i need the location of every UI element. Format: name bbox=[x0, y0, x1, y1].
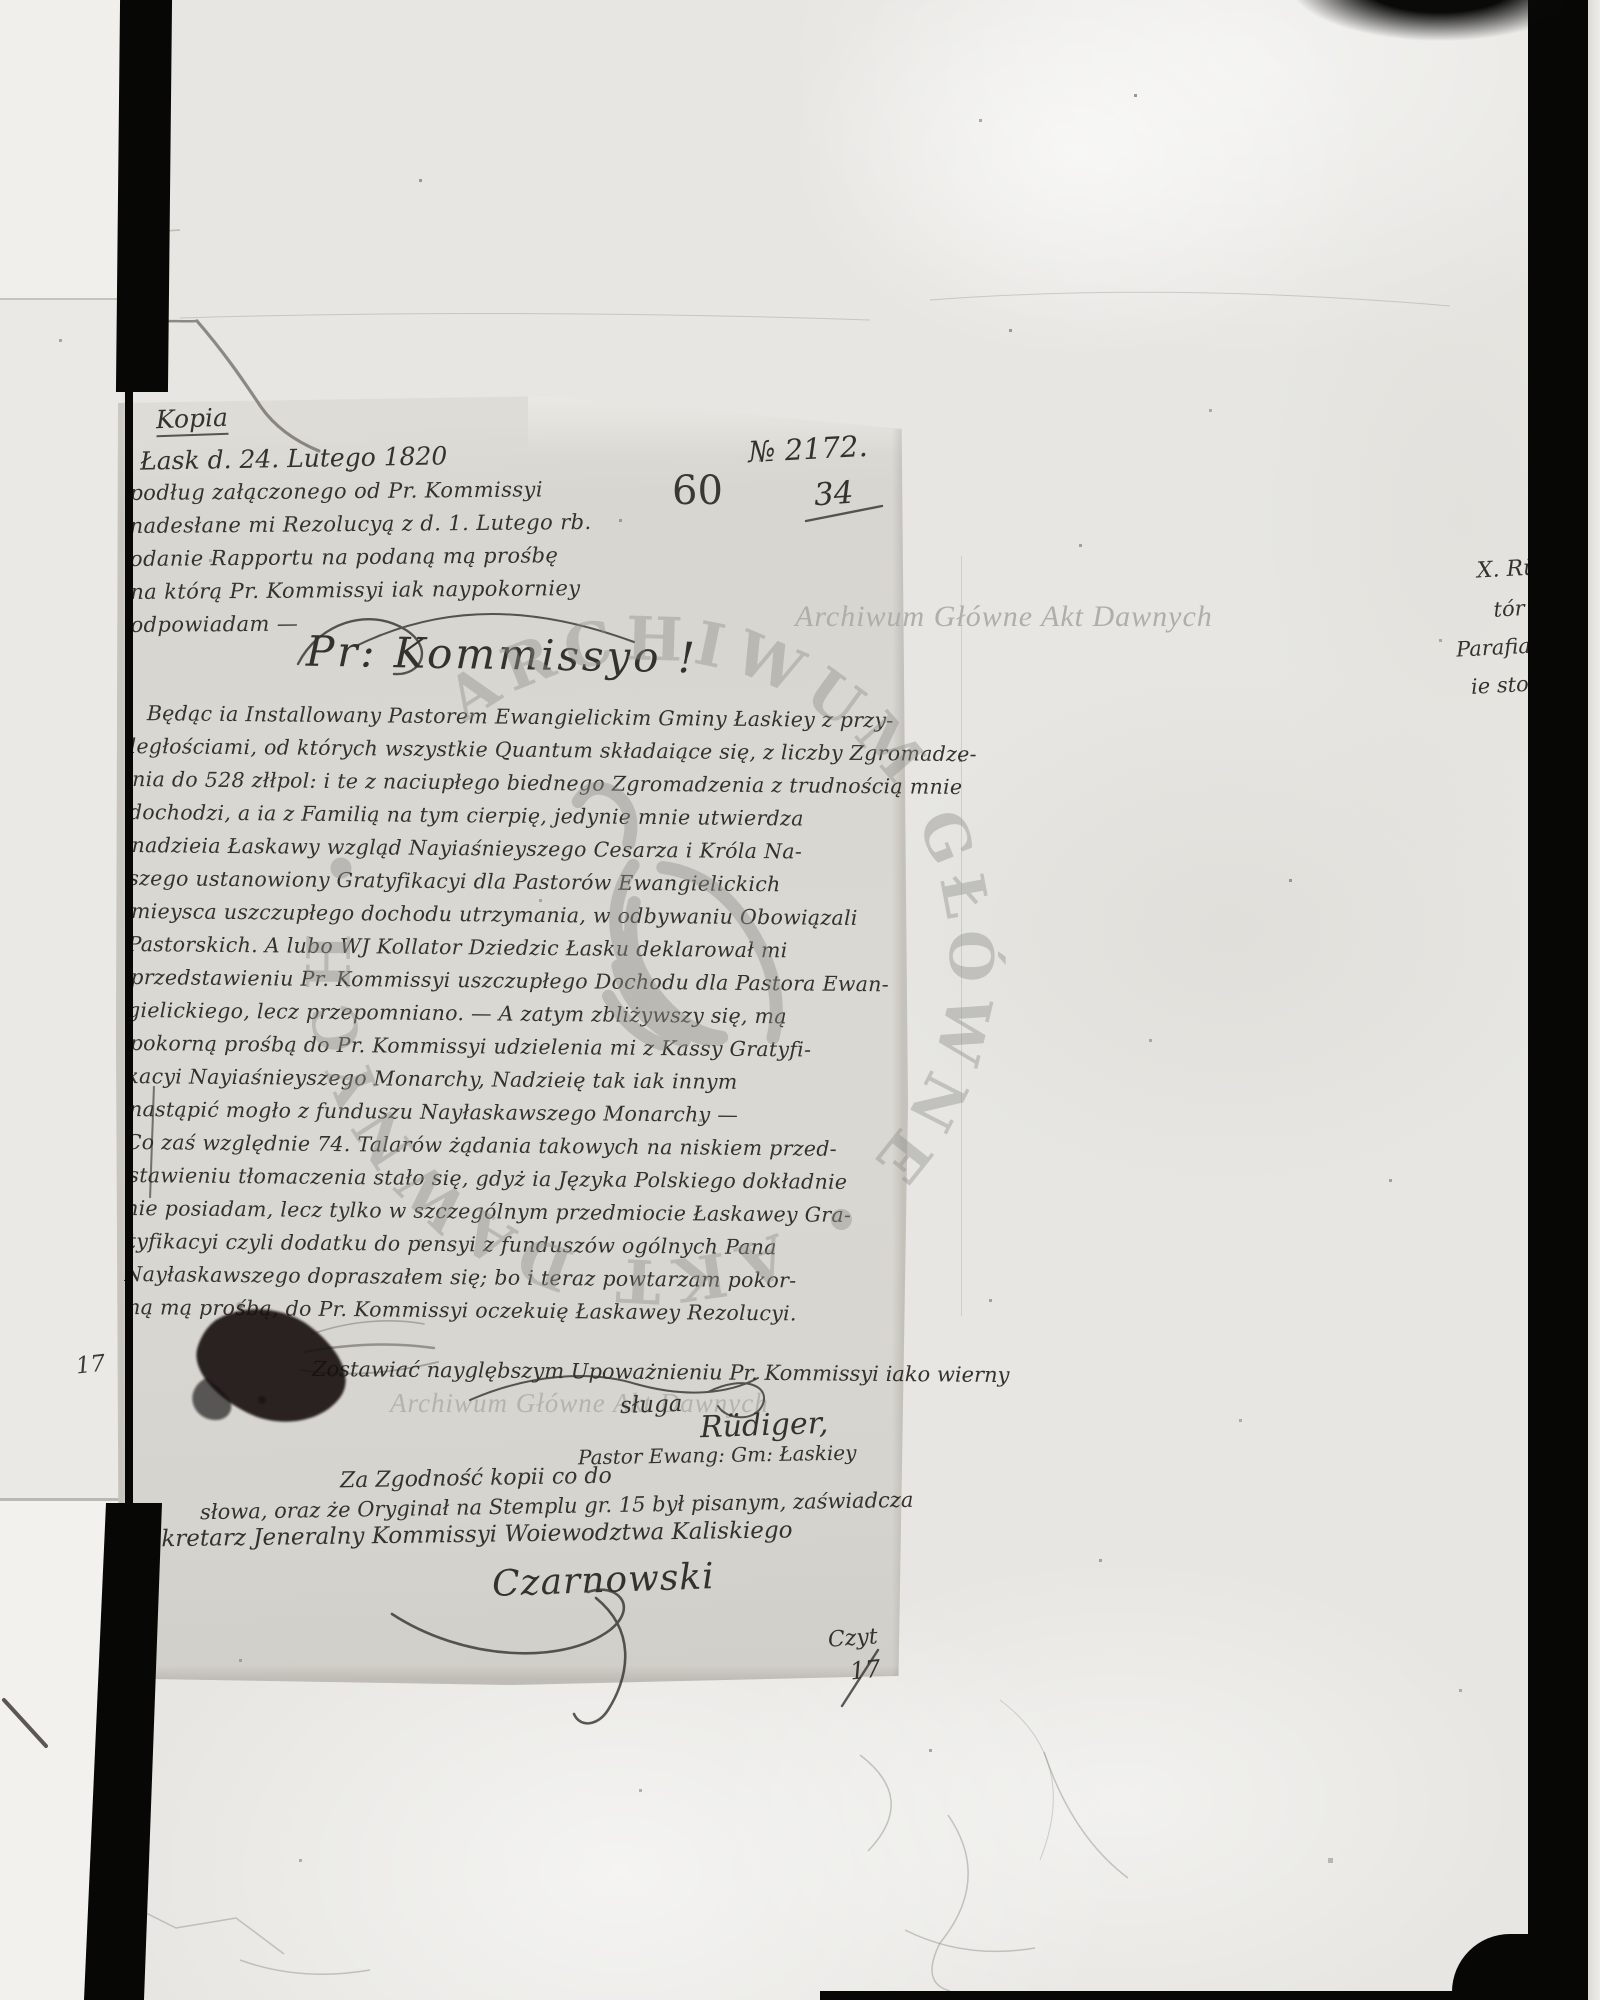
letter-body: Będąc ia Installowany Pastorem Ewangieli… bbox=[124, 701, 920, 1336]
film-edge-sliver-right bbox=[1588, 0, 1600, 2000]
handwritten-line: nadesłane mi Rezolucyą z d. 1. Lutego rb… bbox=[130, 510, 592, 547]
film-bar-top-left bbox=[116, 0, 172, 392]
czyt-label: Czyt bbox=[827, 1624, 878, 1652]
certification-line: słowa, oraz że Oryginał na Stemplu gr. 1… bbox=[200, 1488, 914, 1524]
signature-name: Rüdiger, bbox=[699, 1406, 828, 1445]
preamble: podług załączonego od Pr. Kommissyinades… bbox=[129, 477, 592, 646]
handwritten-line: odanie Rapportu na podaną mą prośbę bbox=[130, 543, 592, 580]
signature-title: Pastor Ewang: Gm: Łaskiey bbox=[578, 1441, 857, 1470]
salutation: Pr: Kommissyo ! bbox=[306, 627, 699, 683]
dust-specks bbox=[0, 0, 1, 1]
film-bar-right bbox=[1528, 0, 1588, 2000]
handwritten-line: ną mą prośbą, do Pr. Kommissyi oczekuię … bbox=[127, 1295, 914, 1336]
archive-watermark-text: Archiwum Główne Akt Dawnych bbox=[795, 600, 1213, 634]
certification-line: Za Zgodność kopii co do bbox=[340, 1464, 612, 1494]
handwritten-line: na którą Pr. Kommissyi iak naypokorniey bbox=[130, 576, 592, 613]
document-number: № 2172. bbox=[747, 429, 868, 469]
czyt-number: 17 bbox=[849, 1654, 882, 1685]
dateline: Łask d. 24. Lutego 1820 bbox=[140, 441, 448, 475]
valediction-line: Zostawiać nayglębszym Upoważnieniu Pr. K… bbox=[312, 1357, 1010, 1387]
letter-text-layer: Kopia Łask d. 24. Lutego 1820 podług zał… bbox=[0, 0, 1600, 2000]
page-number: 60 bbox=[672, 468, 723, 514]
copy-label: Kopia bbox=[155, 403, 228, 437]
valediction-word: sługa bbox=[620, 1391, 683, 1419]
film-edge-line-left bbox=[125, 385, 133, 1510]
film-blob-top-right bbox=[1235, 0, 1565, 42]
handwritten-line: podług załączonego od Pr. Kommissyi bbox=[129, 477, 591, 514]
folio-number: 34 bbox=[813, 475, 855, 514]
secretary-signature: Czarnowski bbox=[491, 1556, 715, 1605]
